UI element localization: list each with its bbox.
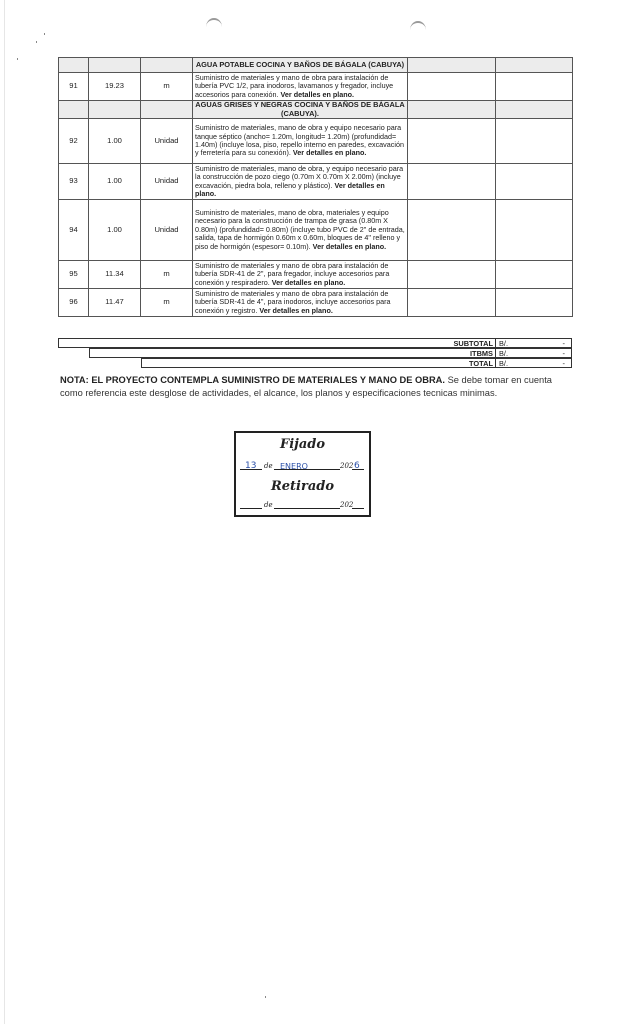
day-blank xyxy=(240,497,262,509)
total-price-cell xyxy=(496,164,573,200)
note-bold: NOTA: EL PROYECTO CONTEMPLA SUMINISTRO D… xyxy=(60,375,445,385)
unit-price-cell xyxy=(408,200,496,261)
unit-price-cell xyxy=(408,119,496,164)
scan-speck xyxy=(17,58,18,60)
unit-price-cell xyxy=(408,289,496,317)
fijado-year-digit: 6 xyxy=(354,461,360,471)
item-quantity: 11.47 xyxy=(89,289,141,317)
fijado-month: ENERO xyxy=(280,462,308,471)
item-unit: Unidad xyxy=(141,164,193,200)
item-quantity: 1.00 xyxy=(89,164,141,200)
section-header-row: AGUAS GRISES Y NEGRAS COCINA Y BAÑOS DE … xyxy=(59,101,573,119)
scan-speck xyxy=(44,33,45,35)
item-unit: m xyxy=(141,73,193,101)
section-title: AGUAS GRISES Y NEGRAS COCINA Y BAÑOS DE … xyxy=(193,101,408,119)
stamp-retirado-title: Retirado xyxy=(236,479,369,494)
table-row: 96 11.47 m Suministro de materiales y ma… xyxy=(59,289,573,317)
subtotal-currency: B/. xyxy=(495,339,572,348)
item-number: 96 xyxy=(59,289,89,317)
description-bold: Ver detalles en plano. xyxy=(272,278,346,287)
total-currency: B/. xyxy=(495,359,572,368)
scan-speck xyxy=(265,996,266,998)
item-quantity: 1.00 xyxy=(89,200,141,261)
total-price-cell xyxy=(496,119,573,164)
item-description: Suministro de materiales y mano de obra … xyxy=(193,73,408,101)
itbms-currency: B/. xyxy=(495,349,572,358)
total-value: - xyxy=(563,359,565,368)
month-blank xyxy=(274,497,340,509)
item-description: Suministro de materiales, mano de obra, … xyxy=(193,164,408,200)
item-unit: m xyxy=(141,261,193,289)
table-row: 91 19.23 m Suministro de materiales y ma… xyxy=(59,73,573,101)
punch-hole-icon xyxy=(410,21,426,39)
itbms-value: - xyxy=(563,349,565,358)
table-row: 93 1.00 Unidad Suministro de materiales,… xyxy=(59,164,573,200)
description-bold: Ver detalles en plano. xyxy=(293,148,367,157)
item-quantity: 19.23 xyxy=(89,73,141,101)
table-row: 92 1.00 Unidad Suministro de materiales,… xyxy=(59,119,573,164)
description-bold: Ver detalles en plano. xyxy=(313,242,387,251)
item-quantity: 1.00 xyxy=(89,119,141,164)
item-description: Suministro de materiales y mano de obra … xyxy=(193,261,408,289)
fijado-day: 13 xyxy=(245,461,256,471)
total-row: TOTAL B/. - xyxy=(141,358,572,368)
item-number: 95 xyxy=(59,261,89,289)
unit-price-cell xyxy=(408,73,496,101)
unit-price-cell xyxy=(408,261,496,289)
punch-hole-icon xyxy=(206,18,222,36)
total-price-cell xyxy=(496,261,573,289)
item-number: 93 xyxy=(59,164,89,200)
unit-price-cell xyxy=(408,164,496,200)
scan-speck xyxy=(36,41,37,43)
item-description: Suministro de materiales y mano de obra … xyxy=(193,289,408,317)
section-header-row: AGUA POTABLE COCINA Y BAÑOS DE BÁGALA (C… xyxy=(59,58,573,73)
stamp-fijado-title: Fijado xyxy=(236,437,369,452)
description-bold: Ver detalles en plano. xyxy=(281,90,355,99)
total-price-cell xyxy=(496,289,573,317)
de-connector: de xyxy=(264,462,273,470)
total-price-cell xyxy=(496,73,573,101)
item-description: Suministro de materiales, mano de obra, … xyxy=(193,200,408,261)
year-digit-blank xyxy=(352,497,364,509)
de-connector: de xyxy=(264,501,273,509)
table-row: 95 11.34 m Suministro de materiales y ma… xyxy=(59,261,573,289)
posting-stamp: Fijado 13 de ENERO 202 6 Retirado de 202 xyxy=(234,431,371,517)
total-label: TOTAL xyxy=(469,359,493,368)
subtotal-label: SUBTOTAL xyxy=(453,339,493,348)
description-bold: Ver detalles en plano. xyxy=(259,306,333,315)
stamp-retirado-date-line: de 202 xyxy=(240,499,365,511)
item-number: 91 xyxy=(59,73,89,101)
item-unit: Unidad xyxy=(141,200,193,261)
item-unit: m xyxy=(141,289,193,317)
section-title: AGUA POTABLE COCINA Y BAÑOS DE BÁGALA (C… xyxy=(193,58,408,73)
item-number: 92 xyxy=(59,119,89,164)
budget-table: AGUA POTABLE COCINA Y BAÑOS DE BÁGALA (C… xyxy=(58,57,573,317)
itbms-row: ITBMS B/. - xyxy=(89,348,572,358)
subtotal-row: SUBTOTAL B/. - xyxy=(58,338,572,348)
subtotal-value: - xyxy=(563,339,565,348)
stamp-fijado-date-line: 13 de ENERO 202 6 xyxy=(240,460,365,472)
scan-edge xyxy=(4,0,5,1024)
total-price-cell xyxy=(496,200,573,261)
item-quantity: 11.34 xyxy=(89,261,141,289)
item-description: Suministro de materiales, mano de obra y… xyxy=(193,119,408,164)
itbms-label: ITBMS xyxy=(470,349,493,358)
item-number: 94 xyxy=(59,200,89,261)
item-unit: Unidad xyxy=(141,119,193,164)
year-lead-blank xyxy=(326,458,340,470)
table-row: 94 1.00 Unidad Suministro de materiales,… xyxy=(59,200,573,261)
project-note: NOTA: EL PROYECTO CONTEMPLA SUMINISTRO D… xyxy=(60,374,560,400)
